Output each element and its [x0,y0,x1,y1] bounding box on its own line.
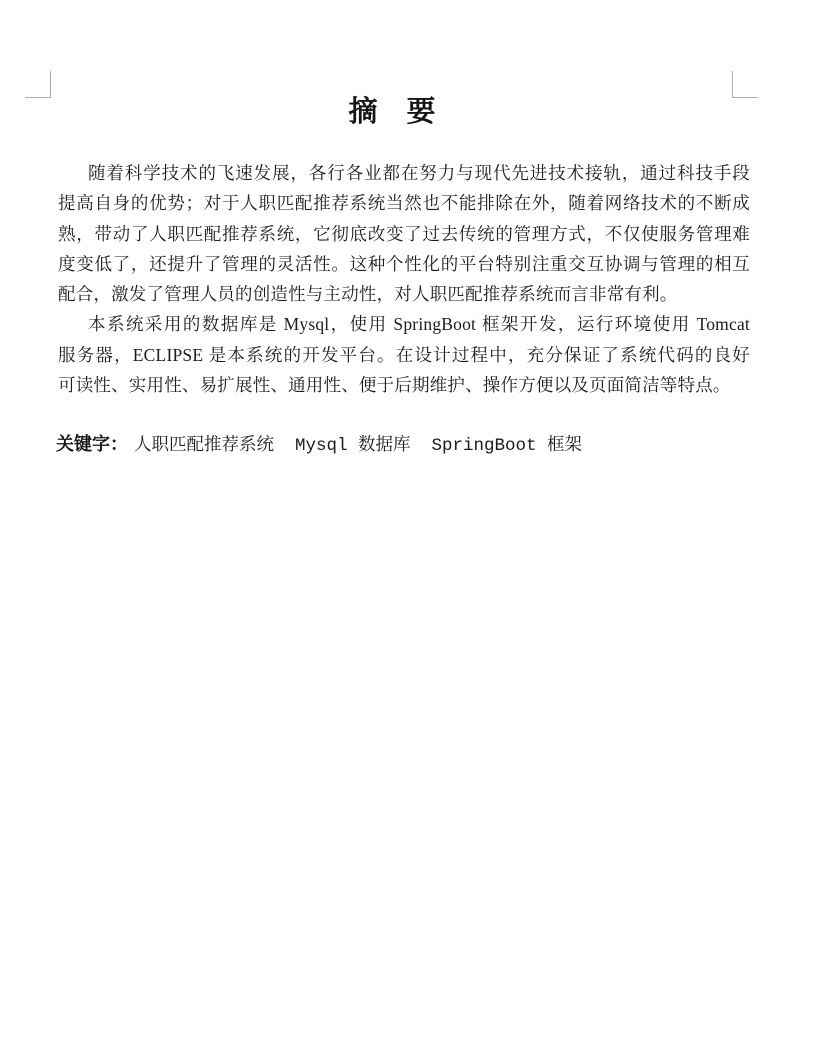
keyword-item-2: Mysql 数据库 [295,436,411,456]
paragraph-2-line-3: 可读性、实用性、易扩展性、通用性、便于后期维护、操作方便以及页面简洁等特点。 [58,370,750,400]
paragraph-1-line-5: 配合，激发了管理人员的创造性与主动性，对人职匹配推荐系统而言非常有利。 [58,279,750,309]
abstract-body: 随着科学技术的飞速发展，各行各业都在努力与现代先进技术接轨，通过科技手段提高自身… [58,158,750,400]
keyword-item-3: SpringBoot 框架 [432,436,583,456]
paragraph-1-line-4: 度变低了，还提升了管理的灵活性。这种个性化的平台特别注重交互协调与管理的相互 [58,249,750,279]
paragraph-2-line-1: 本系统采用的数据库是 Mysql，使用 SpringBoot 框架开发，运行环境… [58,309,750,339]
paragraph-1-line-1: 随着科学技术的飞速发展，各行各业都在努力与现代先进技术接轨，通过科技手段 [58,158,750,188]
document-page: 摘 要 随着科学技术的飞速发展，各行各业都在努力与现代先进技术接轨，通过科技手段… [0,0,817,1052]
keywords-label: 关键字： [56,434,128,454]
crop-mark-top-right [732,71,758,98]
keywords-line: 关键字：人职匹配推荐系统Mysql 数据库SpringBoot 框架 [56,429,756,459]
paragraph-2-line-2: 服务器，ECLIPSE 是本系统的开发平台。在设计过程中，充分保证了系统代码的良… [58,340,750,370]
page-title: 摘 要 [46,95,738,129]
paragraph-1-line-2: 提高自身的优势；对于人职匹配推荐系统当然也不能排除在外，随着网络技术的不断成 [58,188,750,218]
keyword-item-1: 人职匹配推荐系统 [134,436,274,456]
keywords-items: 人职匹配推荐系统Mysql 数据库SpringBoot 框架 [134,434,582,454]
crop-mark-top-left [25,71,51,98]
paragraph-1-line-3: 熟，带动了人职匹配推荐系统，它彻底改变了过去传统的管理方式，不仅使服务管理难 [58,219,750,249]
